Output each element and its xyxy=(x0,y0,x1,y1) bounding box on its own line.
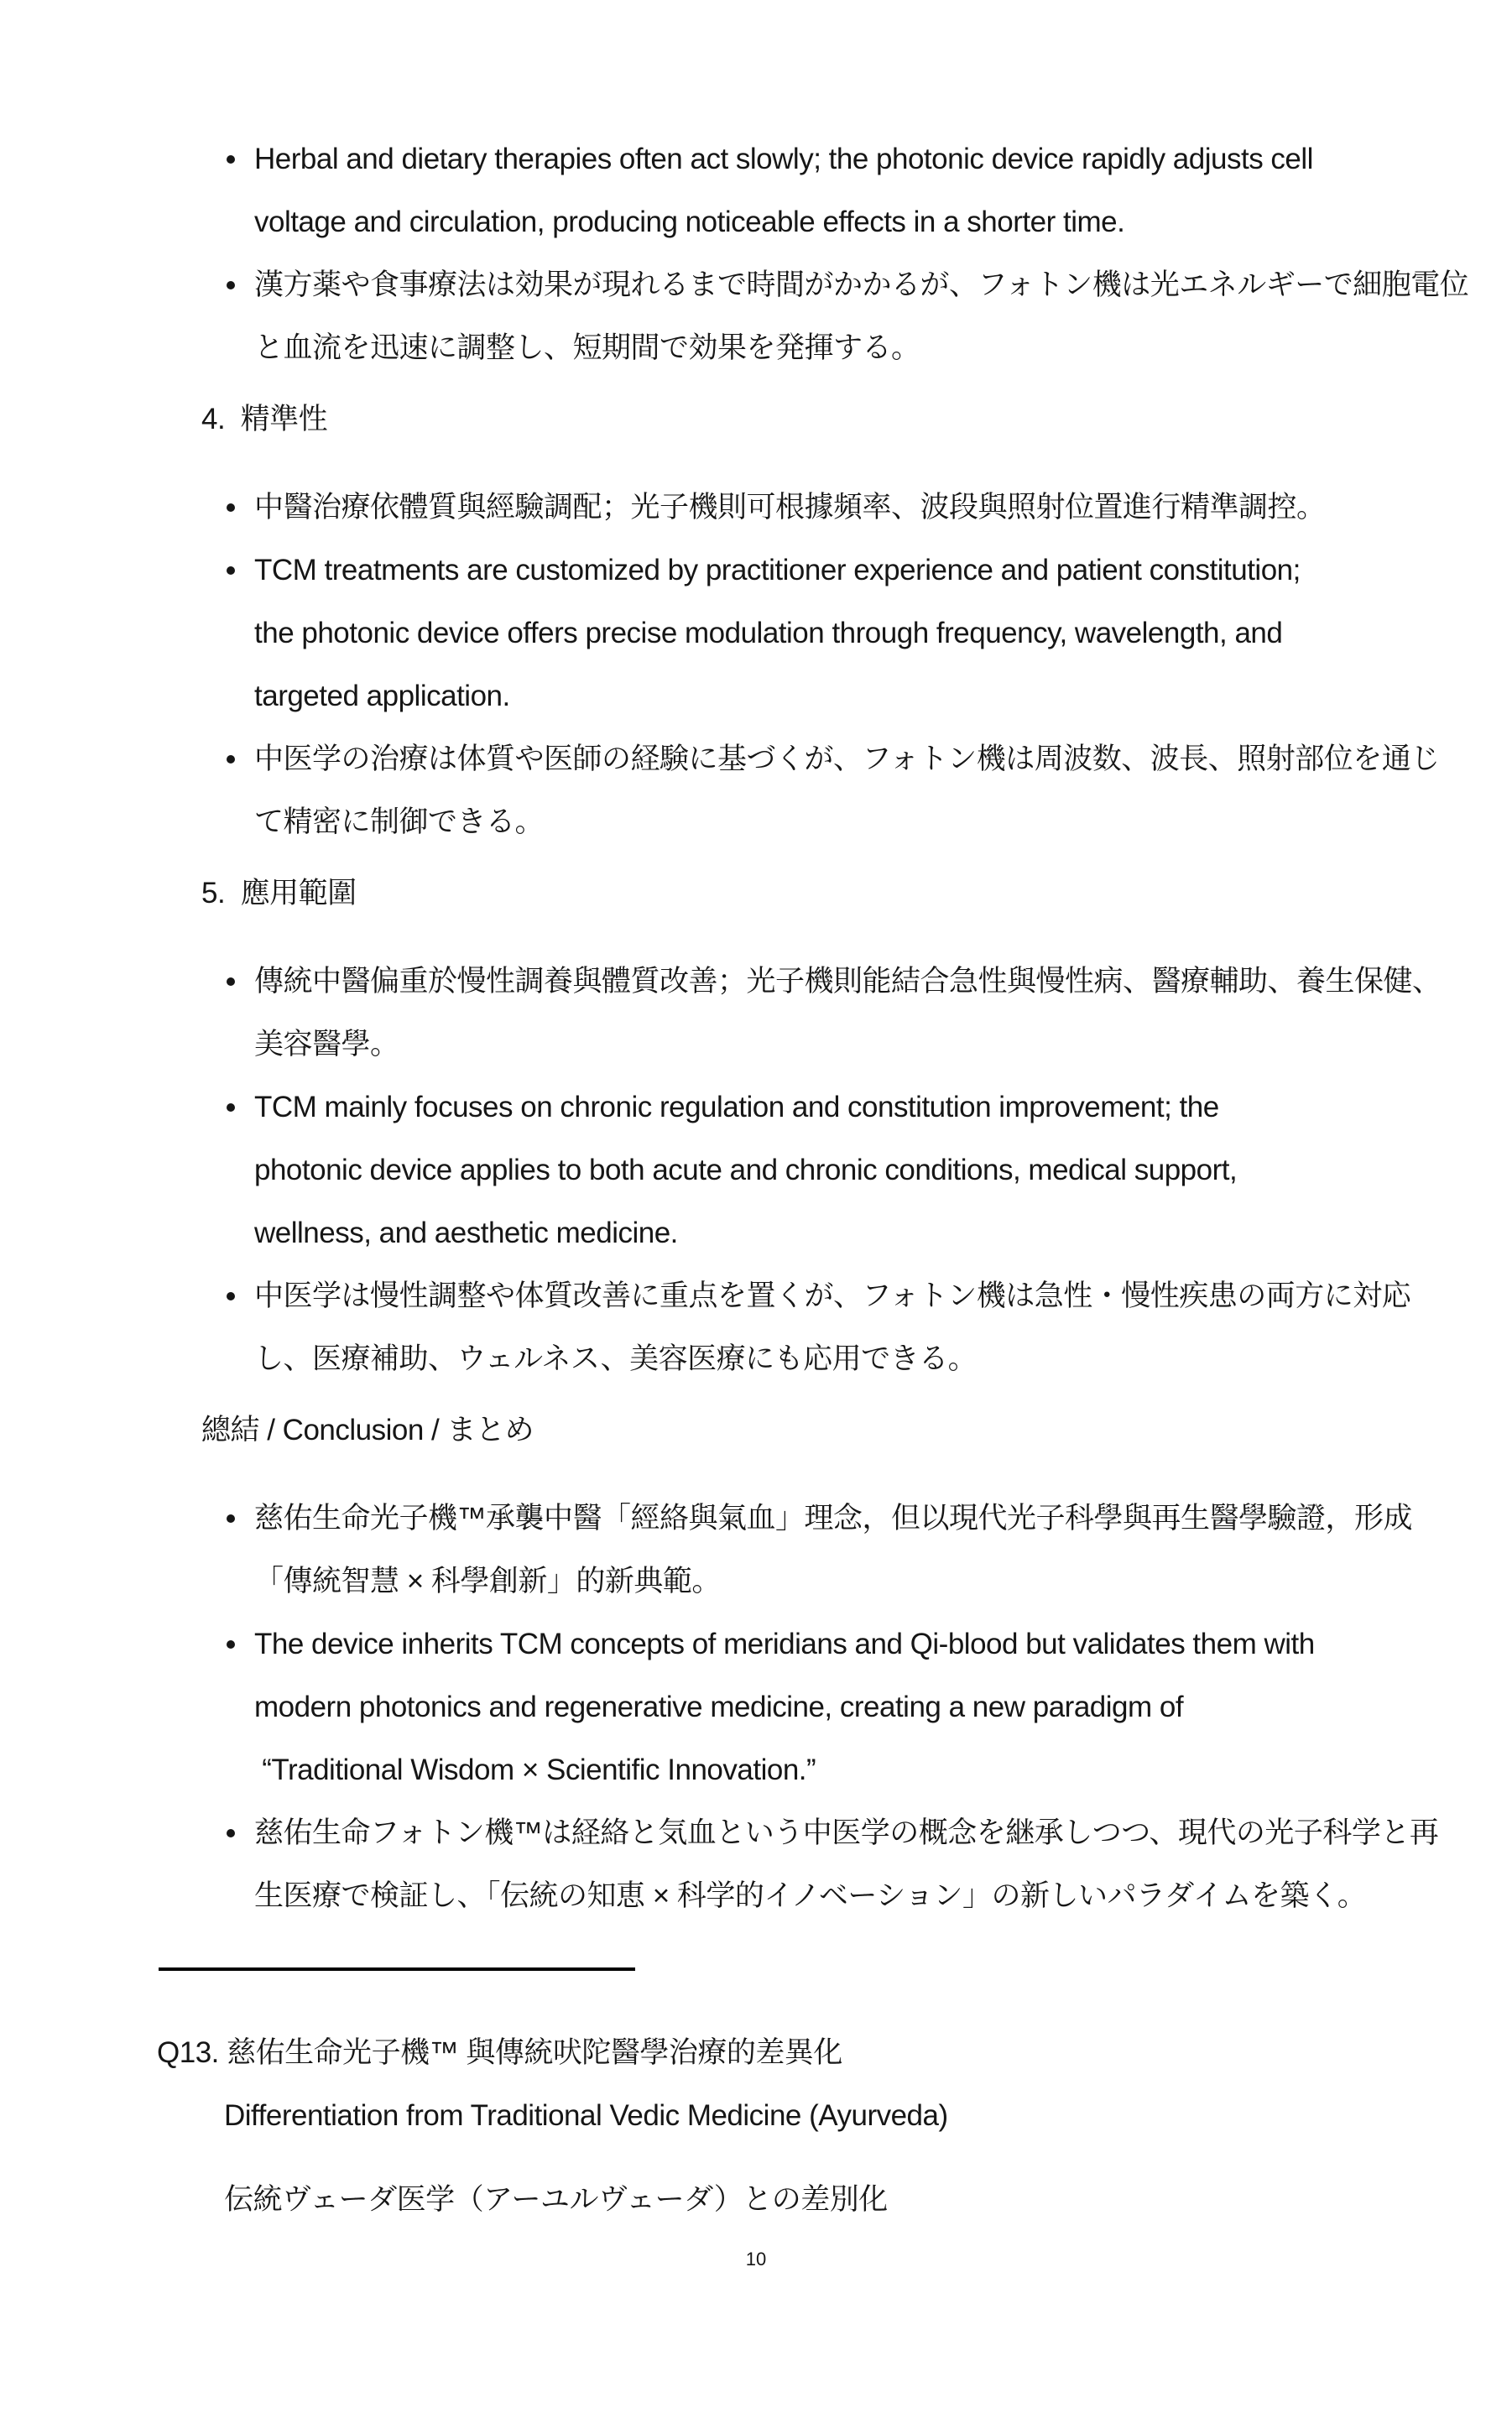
divider-line xyxy=(159,1967,635,1971)
text-line: し、医療補助、ウェルネス、美容医療にも応用できる。 xyxy=(254,1327,1410,1390)
bullet-text: 傳統中醫偏重於慢性調養與體質改善；光子機則能結合急性與慢性病、醫療輔助、養生保健… xyxy=(254,950,1442,1076)
text-line: 中医学の治療は体質や医師の経験に基づくが、フォトン機は周波数、波長、照射部位を通… xyxy=(254,727,1440,790)
bullet-dot-icon xyxy=(227,1514,235,1523)
bullet-item: 中医学の治療は体質や医師の経験に基づくが、フォトン機は周波数、波長、照射部位を通… xyxy=(227,727,1512,853)
bullet-dot-icon xyxy=(227,566,235,575)
bullet-dot-icon xyxy=(227,1103,235,1112)
bullet-item: TCM treatments are customized by practit… xyxy=(227,539,1512,727)
bullet-text: 中医学の治療は体質や医師の経験に基づくが、フォトン機は周波数、波長、照射部位を通… xyxy=(254,727,1440,853)
text-line: 漢方薬や食事療法は効果が現れるまで時間がかかるが、フォトン機は光エネルギーで細胞… xyxy=(254,253,1468,316)
text-line: て精密に制御できる。 xyxy=(254,790,1440,853)
text-line: voltage and circulation, producing notic… xyxy=(254,190,1313,253)
bullet-item: 傳統中醫偏重於慢性調養與體質改善；光子機則能結合急性與慢性病、醫療輔助、養生保健… xyxy=(227,950,1512,1076)
text-line: photonic device applies to both acute an… xyxy=(254,1139,1237,1201)
bullet-item: 慈佑生命光子機™承襲中醫「經絡與氣血」理念，但以現代光子科學與再生醫學驗證，形成… xyxy=(227,1487,1512,1613)
bullet-text: Herbal and dietary therapies often act s… xyxy=(254,128,1313,253)
text-line: targeted application. xyxy=(254,664,1301,727)
bullet-item: 漢方薬や食事療法は効果が現れるまで時間がかかるが、フォトン機は光エネルギーで細胞… xyxy=(227,253,1512,379)
bullet-dot-icon xyxy=(227,281,235,289)
bullet-text: The device inherits TCM concepts of meri… xyxy=(254,1613,1315,1801)
bullet-text: TCM mainly focuses on chronic regulation… xyxy=(254,1076,1237,1264)
bullet-text: 慈佑生命フォトン機™は経絡と気血という中医学の概念を継承しつつ、現代の光子科学と… xyxy=(254,1801,1438,1927)
question-subtitle-japanese: 伝統ヴェーダ医学（アーユルヴェーダ）との差別化 xyxy=(224,2168,1512,2231)
text-line: 慈佑生命光子機™承襲中醫「經絡與氣血」理念，但以現代光子科學與再生醫學驗證，形成 xyxy=(254,1487,1412,1550)
bullet-item: 中醫治療依體質與經驗調配；光子機則可根據頻率、波段與照射位置進行精準調控。 xyxy=(227,476,1512,539)
text-line: 美容醫學。 xyxy=(254,1013,1442,1076)
document-body: Herbal and dietary therapies often act s… xyxy=(0,128,1512,2231)
text-line: TCM treatments are customized by practit… xyxy=(254,539,1301,602)
text-line: と血流を迅速に調整し、短期間で効果を発揮する。 xyxy=(254,316,1468,379)
bullet-item: 中医学は慢性調整や体質改善に重点を置くが、フォトン機は急性・慢性疾患の両方に対応… xyxy=(227,1264,1512,1390)
bullet-item: Herbal and dietary therapies often act s… xyxy=(227,128,1512,253)
section-heading: 5. 應用範圍 xyxy=(201,862,1512,925)
page-number: 10 xyxy=(0,2238,1512,2280)
bullet-dot-icon xyxy=(227,1829,235,1837)
bullet-text: 中医学は慢性調整や体質改善に重点を置くが、フォトン機は急性・慢性疾患の両方に対応… xyxy=(254,1264,1410,1390)
bullet-item: The device inherits TCM concepts of meri… xyxy=(227,1613,1512,1801)
text-line: 生医療で検証し、「伝統の知恵 × 科学的イノベーション」の新しいパラダイムを築く… xyxy=(254,1864,1438,1927)
question-heading: Q13. 慈佑生命光子機™ 與傳統吠陀醫學治療的差異化 xyxy=(157,2021,1512,2084)
bullet-dot-icon xyxy=(227,503,235,512)
text-line: 中医学は慢性調整や体質改善に重点を置くが、フォトン機は急性・慢性疾患の両方に対応 xyxy=(254,1264,1410,1327)
text-line: “Traditional Wisdom × Scientific Innovat… xyxy=(254,1738,1315,1801)
bullet-item: 慈佑生命フォトン機™は経絡と気血という中医学の概念を継承しつつ、現代の光子科学と… xyxy=(227,1801,1512,1927)
bullet-dot-icon xyxy=(227,1292,235,1300)
section-heading: 4. 精準性 xyxy=(201,388,1512,451)
bullet-dot-icon xyxy=(227,155,235,164)
bullet-text: TCM treatments are customized by practit… xyxy=(254,539,1301,727)
text-line: the photonic device offers precise modul… xyxy=(254,602,1301,664)
text-line: 傳統中醫偏重於慢性調養與體質改善；光子機則能結合急性與慢性病、醫療輔助、養生保健… xyxy=(254,950,1442,1013)
text-line: modern photonics and regenerative medici… xyxy=(254,1676,1315,1738)
text-line: The device inherits TCM concepts of meri… xyxy=(254,1613,1315,1676)
bullet-dot-icon xyxy=(227,977,235,986)
bullet-text: 漢方薬や食事療法は効果が現れるまで時間がかかるが、フォトン機は光エネルギーで細胞… xyxy=(254,253,1468,379)
text-line: wellness, and aesthetic medicine. xyxy=(254,1201,1237,1264)
bullet-item: TCM mainly focuses on chronic regulation… xyxy=(227,1076,1512,1264)
bullet-dot-icon xyxy=(227,755,235,764)
bullet-text: 中醫治療依體質與經驗調配；光子機則可根據頻率、波段與照射位置進行精準調控。 xyxy=(254,476,1326,539)
bullet-dot-icon xyxy=(227,1640,235,1649)
text-line: 「傳統智慧 × 科學創新」的新典範。 xyxy=(254,1550,1412,1613)
bullet-text: 慈佑生命光子機™承襲中醫「經絡與氣血」理念，但以現代光子科學與再生醫學驗證，形成… xyxy=(254,1487,1412,1613)
document-page: Herbal and dietary therapies often act s… xyxy=(0,0,1512,2413)
text-line: 中醫治療依體質與經驗調配；光子機則可根據頻率、波段與照射位置進行精準調控。 xyxy=(254,476,1326,539)
text-line: TCM mainly focuses on chronic regulation… xyxy=(254,1076,1237,1139)
section-heading: 總結 / Conclusion / まとめ xyxy=(201,1399,1512,1462)
question-subtitle-english: Differentiation from Traditional Vedic M… xyxy=(224,2084,1512,2147)
text-line: Herbal and dietary therapies often act s… xyxy=(254,128,1313,190)
text-line: 慈佑生命フォトン機™は経絡と気血という中医学の概念を継承しつつ、現代の光子科学と… xyxy=(254,1801,1438,1864)
